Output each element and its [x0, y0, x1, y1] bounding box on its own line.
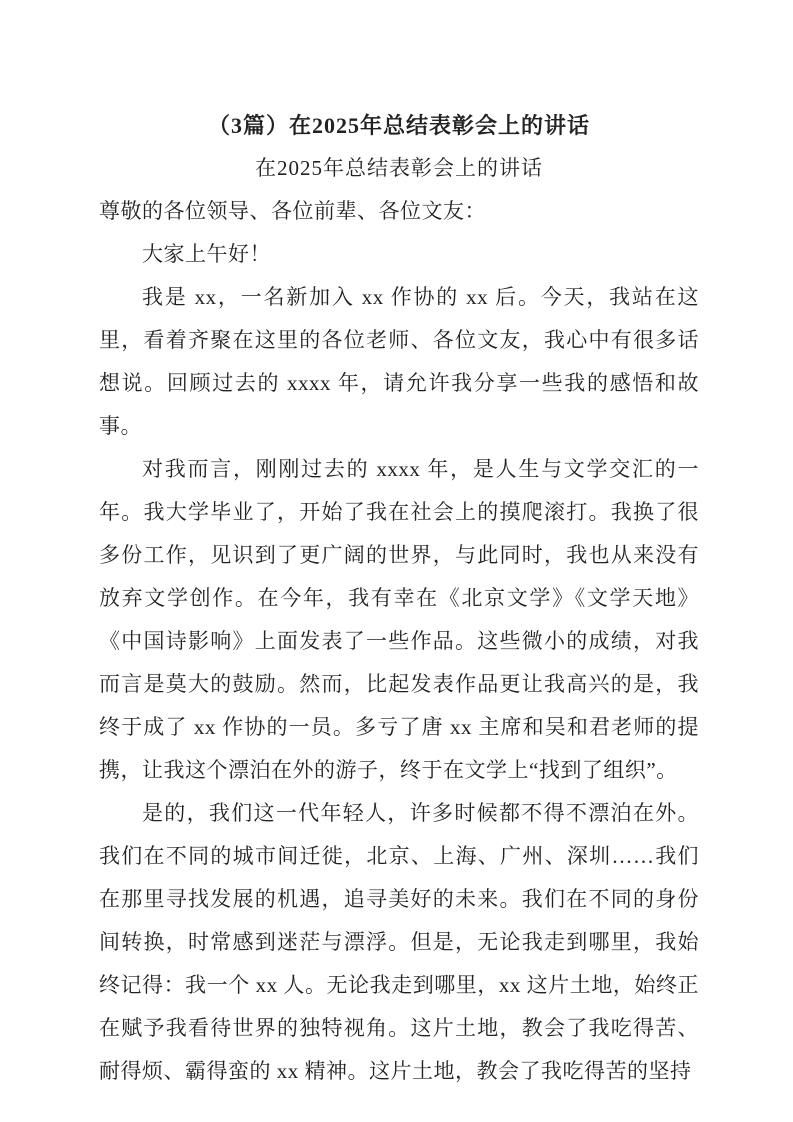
paragraph: 对我而言，刚刚过去的 xxxx 年，是人生与文学交汇的一年。我大学毕业了，开始了… — [99, 448, 699, 792]
document-page: （3篇）在2025年总结表彰会上的讲话 在2025年总结表彰会上的讲话 尊敬的各… — [0, 0, 793, 1122]
document-body: 尊敬的各位领导、各位前辈、各位文友：大家上午好！我是 xx，一名新加入 xx 作… — [99, 190, 699, 1093]
paragraph: 大家上午好！ — [99, 233, 699, 276]
paragraph: 我是 xx，一名新加入 xx 作协的 xx 后。今天，我站在这里，看着齐聚在这里… — [99, 276, 699, 448]
paragraph: 尊敬的各位领导、各位前辈、各位文友： — [99, 190, 699, 233]
document-title: （3篇）在2025年总结表彰会上的讲话 — [99, 104, 699, 147]
paragraph: 是的，我们这一代年轻人，许多时候都不得不漂泊在外。我们在不同的城市间迁徙，北京、… — [99, 792, 699, 1093]
document-subtitle: 在2025年总结表彰会上的讲话 — [99, 147, 699, 190]
